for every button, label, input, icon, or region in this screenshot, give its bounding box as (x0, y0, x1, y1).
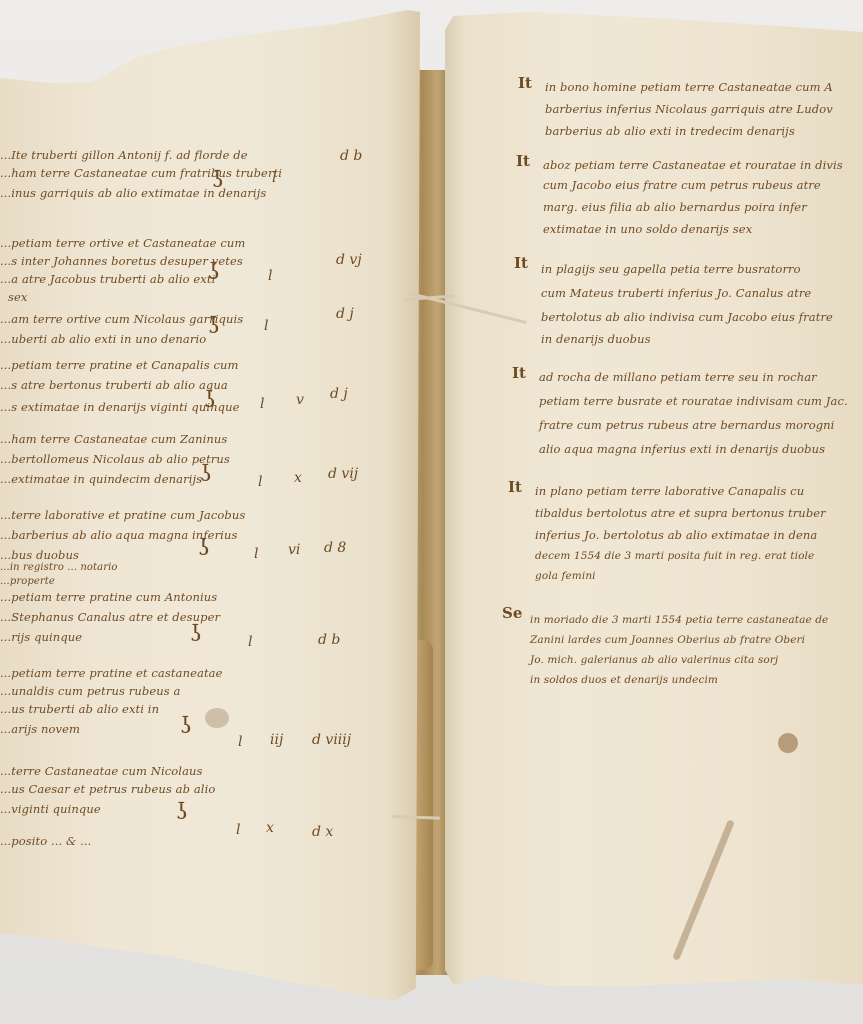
entry-bracket: ʖ (198, 536, 210, 561)
ledger-line: in soldos duos et denarijs undecim (530, 674, 718, 686)
amount-lire: l (248, 634, 252, 650)
ledger-line: ...Ite truberti gillon Antonij f. ad flo… (0, 148, 248, 162)
ledger-line: ...in registro ... notario (0, 562, 118, 573)
entry-bracket: ʖ (204, 388, 216, 413)
amount-denari: d j (330, 386, 348, 402)
amount-lire: l (258, 474, 262, 490)
ledger-line: ...us Caesar et petrus rubeus ab alio (0, 782, 215, 796)
entry-bracket: ʖ (176, 800, 188, 825)
entry-bracket: ʖ (180, 714, 192, 739)
item-marker: It (508, 478, 522, 496)
amount-denari: d x (312, 824, 333, 840)
amount-soldi: x (266, 820, 274, 836)
item-marker: It (518, 74, 532, 92)
ledger-line: inferius Jo. bertolotus ab alio extimata… (535, 528, 817, 542)
ink-stain (778, 733, 798, 753)
ledger-line: ...arijs novem (0, 722, 80, 736)
amount-denari: d 8 (324, 540, 346, 556)
ledger-line: fratre cum petrus rubeus atre bernardus … (539, 418, 834, 432)
ledger-line: marg. eius filia ab alio bernardus poira… (543, 200, 807, 214)
ledger-line: ...terre laborative et pratine cum Jacob… (0, 508, 245, 522)
ledger-line: barberius ab alio exti in tredecim denar… (545, 124, 795, 138)
amount-lire: l (272, 170, 276, 186)
ledger-line: decem 1554 die 3 marti posita fuit in re… (535, 550, 814, 562)
ledger-line: cum Mateus truberti inferius Jo. Canalus… (541, 286, 811, 300)
ledger-line: ...us truberti ab alio exti in (0, 702, 159, 716)
ledger-line: ...petiam terre ortive et Castaneatae cu… (0, 236, 245, 250)
amount-denari: d j (336, 306, 354, 322)
amount-soldi: v (296, 392, 304, 408)
amount-denari: d b (318, 632, 340, 648)
ledger-line: ...unaldis cum petrus rubeus a (0, 684, 180, 698)
ledger-line: tibaldus bertolotus atre et supra berton… (535, 506, 826, 520)
amount-denari: d vj (336, 252, 362, 268)
ledger-line: in moriado die 3 marti 1554 petia terre … (530, 614, 828, 626)
ledger-line: ...ham terre Castaneatae cum Zaninus (0, 432, 227, 446)
ledger-line: gola femini (535, 570, 596, 582)
ledger-line: ...posito ... & ... (0, 834, 91, 848)
amount-lire: l (236, 822, 240, 838)
ledger-line: ...rijs quinque (0, 630, 82, 644)
ledger-line: ...terre Castaneatae cum Nicolaus (0, 764, 203, 778)
amount-lire: l (260, 396, 264, 412)
ledger-line: petiam terre busrate et rouratae indivis… (539, 394, 848, 408)
ledger-line: ...extimatae in quindecim denarijs (0, 472, 202, 486)
item-marker: It (516, 152, 530, 170)
ledger-line: in bono homine petiam terre Castaneatae … (545, 80, 833, 94)
ledger-line: ...Stephanus Canalus atre et desuper (0, 610, 220, 624)
amount-lire: l (254, 546, 258, 562)
entry-bracket: ʖ (208, 314, 220, 339)
item-marker: It (514, 254, 528, 272)
ledger-line: ...am terre ortive cum Nicolaus garriqui… (0, 312, 243, 326)
amount-denari: d viiij (312, 732, 351, 748)
amount-soldi: iij (270, 732, 283, 748)
ledger-line: alio aqua magna inferius exti in denarij… (539, 442, 825, 456)
ledger-line: in plagijs seu gapella petia terre busra… (541, 262, 801, 276)
ledger-line: ...properte (0, 576, 55, 587)
ledger-line: ad rocha de millano petiam terre seu in … (539, 370, 817, 384)
amount-denari: d vij (328, 466, 358, 482)
item-marker: Se (502, 604, 522, 622)
entry-bracket: ʖ (190, 622, 202, 647)
entry-bracket: ʖ (208, 260, 220, 285)
amount-lire: l (238, 734, 242, 750)
ledger-line: aboz petiam terre Castaneatae et rourata… (543, 158, 843, 172)
ledger-line: ...petiam terre pratine cum Antonius (0, 590, 217, 604)
amount-soldi: x (294, 470, 302, 486)
ledger-line: ...inus garriquis ab alio extimatae in d… (0, 186, 266, 200)
ledger-line: cum Jacobo eius fratre cum petrus rubeus… (543, 178, 821, 192)
ledger-line: ...petiam terre pratine et Canapalis cum (0, 358, 239, 372)
ledger-line: extimatae in uno soldo denarijs sex (543, 222, 752, 236)
amount-lire: l (268, 268, 272, 284)
entry-bracket: ʖ (200, 462, 212, 487)
ledger-line: bertolotus ab alio indivisa cum Jacobo e… (541, 310, 833, 324)
ink-stain (205, 708, 229, 728)
ledger-line: in plano petiam terre laborative Canapal… (535, 484, 804, 498)
ledger-line: in denarijs duobus (541, 332, 651, 346)
item-marker: It (512, 364, 526, 382)
ledger-line: ...uberti ab alio exti in uno denario (0, 332, 206, 346)
ledger-line: ...petiam terre pratine et castaneatae (0, 666, 223, 680)
ledger-line: ...ham terre Castaneatae cum fratribus t… (0, 166, 282, 180)
ledger-line: ...bus duobus (0, 548, 79, 562)
ledger-line: ...s inter Johannes boretus desuper vete… (0, 254, 243, 268)
ledger-line: sex (8, 290, 28, 304)
ledger-line: barberius inferius Nicolaus garriquis at… (545, 102, 833, 116)
ledger-line: ...bertollomeus Nicolaus ab alio petrus (0, 452, 230, 466)
amount-denari: d b (340, 148, 362, 164)
ledger-line: ...a atre Jacobus truberti ab alio exti (0, 272, 215, 286)
ledger-line: ...viginti quinque (0, 802, 101, 816)
ledger-line: Zanini lardes cum Joannes Oberius ab fra… (530, 634, 805, 646)
amount-lire: l (264, 318, 268, 334)
ledger-line: Jo. mich. galerianus ab alio valerinus c… (530, 654, 778, 666)
ledger-line: ...s atre bertonus truberti ab alio aqua (0, 378, 228, 392)
entry-bracket: ʖ (212, 168, 224, 193)
amount-soldi: vi (288, 542, 300, 558)
